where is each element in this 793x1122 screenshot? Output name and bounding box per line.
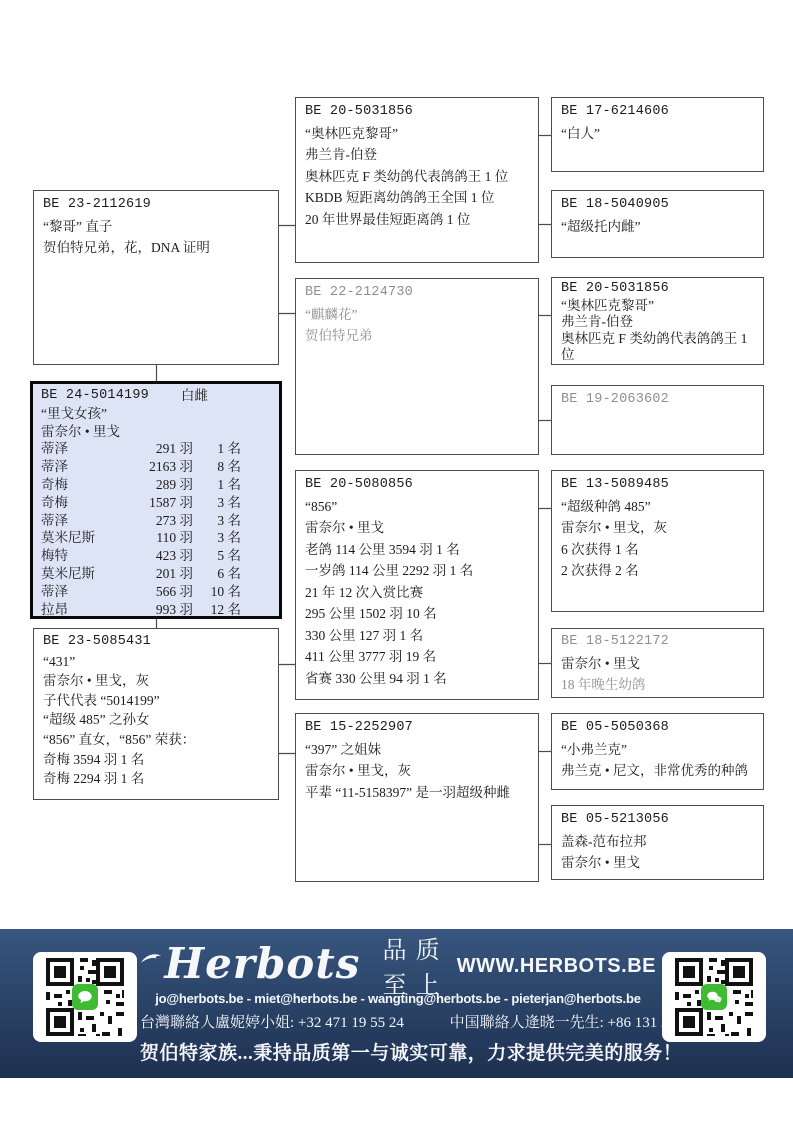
pedigree-box-great-grandparent-5: BE 13-5089485 “超级种鸽 485” 雷奈尔 • 里戈，灰 6 次获… [551, 470, 764, 612]
pedigree-line: 雷奈尔 • 里戈 [561, 852, 754, 874]
ring-number: BE 24-5014199 [41, 387, 149, 405]
ring-number: BE 05-5213056 [561, 809, 754, 831]
taiwan-contact: 台灣聯絡人盧妮婷小姐: +32 471 19 55 24 [140, 1015, 404, 1031]
race-result-row: 莫米尼斯 110 羽 3 名 [41, 529, 271, 547]
contact-phones: 台灣聯絡人盧妮婷小姐: +32 471 19 55 24 中国聯絡人逄晓一先生:… [140, 1011, 656, 1032]
pedigree-line: 18 年晚生幼鸽 [561, 674, 754, 696]
pedigree-line: “431” [43, 652, 269, 672]
wechat-qr-code [662, 952, 766, 1042]
pedigree-line: 330 公里 127 羽 1 名 [305, 625, 529, 647]
race-rank: 1 名 [193, 476, 241, 494]
pedigree-line: “超级 485” 之孙女 [43, 710, 269, 730]
brand-tagline: 品质至上 [380, 930, 450, 1000]
pedigree-line: 295 公里 1502 羽 10 名 [305, 603, 529, 625]
race-name: 梅特 [41, 547, 121, 565]
pedigree-line: “超级托内雌” [561, 216, 754, 238]
pedigree-line: 贺伯特兄弟，花，DNA 证明 [43, 237, 269, 259]
footer: Herbots 品质至上 WWW.HERBOTS.BE jo@herbots.b… [0, 929, 793, 1078]
pedigree-box-dam: BE 23-5085431 “431” 雷奈尔 • 里戈，灰 子代代表 “501… [33, 628, 279, 800]
pedigree-box-dam-sire: BE 20-5080856 “856” 雷奈尔 • 里戈 老鸽 114 公里 3… [295, 470, 539, 700]
race-name: 蒂泽 [41, 512, 121, 530]
race-rank: 8 名 [193, 458, 241, 476]
race-name: 拉昂 [41, 601, 121, 619]
pedigree-line: “白人” [561, 123, 754, 145]
sex-label: 白雌 [181, 387, 208, 405]
pedigree-line: 411 公里 3777 羽 19 名 [305, 646, 529, 668]
ring-number: BE 20-5080856 [305, 474, 529, 496]
race-result-row: 奇梅 1587 羽 3 名 [41, 494, 271, 512]
pedigree-line: 奇梅 3594 羽 1 名 [43, 750, 269, 770]
pedigree-box-great-grandparent-8: BE 05-5213056 盖森-范布拉邦 雷奈尔 • 里戈 [551, 805, 764, 880]
pedigree-line: “奥林匹克黎哥” [305, 123, 529, 145]
wechat-icon [701, 984, 727, 1010]
race-count: 1587 羽 [121, 494, 193, 512]
pedigree-box-great-grandparent-4: BE 19-2063602 [551, 385, 764, 455]
pedigree-line: “397” 之姐妹 [305, 739, 529, 761]
ring-number: BE 05-5050368 [561, 717, 754, 739]
pedigree-line: 一岁鸽 114 公里 2292 羽 1 名 [305, 560, 529, 582]
race-result-row: 莫米尼斯 201 羽 6 名 [41, 565, 271, 583]
pedigree-line: 省赛 330 公里 94 羽 1 名 [305, 668, 529, 690]
race-count: 423 羽 [121, 547, 193, 565]
line-qr-code [33, 952, 137, 1042]
pedigree-line: 奥林匹克 F 类幼鸽代表鸽鸽王 1 位 [561, 331, 754, 364]
race-result-row: 蒂泽 291 羽 1 名 [41, 440, 271, 458]
ring-number: BE 17-6214606 [561, 101, 754, 123]
race-rank: 5 名 [193, 547, 241, 565]
ring-number: BE 22-2124730 [305, 282, 529, 304]
footer-center: Herbots 品质至上 WWW.HERBOTS.BE jo@herbots.b… [140, 937, 656, 1065]
race-rank: 3 名 [193, 512, 241, 530]
pedigree-line: 20 年世界最佳短距离鸽 1 位 [305, 209, 529, 231]
ring-number: BE 20-5031856 [305, 101, 529, 123]
pedigree-page: BE 23-2112619 “黎哥” 直子 贺伯特兄弟，花，DNA 证明 BE … [0, 0, 793, 1122]
race-rank: 3 名 [193, 529, 241, 547]
ring-number: BE 23-5085431 [43, 632, 269, 652]
race-count: 110 羽 [121, 529, 193, 547]
race-name: 蒂泽 [41, 440, 121, 458]
ring-number: BE 18-5040905 [561, 194, 754, 216]
race-result-row: 蒂泽 2163 羽 8 名 [41, 458, 271, 476]
pedigree-line: “856” [305, 496, 529, 518]
pedigree-line: “超级种鸽 485” [561, 496, 754, 518]
contact-emails: jo@herbots.be - miet@herbots.be - wangti… [140, 991, 656, 1006]
ring-number: BE 19-2063602 [561, 389, 754, 411]
line-icon [72, 984, 98, 1010]
pedigree-box-great-grandparent-1: BE 17-6214606 “白人” [551, 97, 764, 172]
race-name: 奇梅 [41, 476, 121, 494]
race-result-row: 拉昂 993 羽 12 名 [41, 601, 271, 619]
race-rank: 6 名 [193, 565, 241, 583]
race-count: 273 羽 [121, 512, 193, 530]
pedigree-line: 弗兰克 • 尼文，非常优秀的种鸽 [561, 760, 754, 782]
pedigree-line: 雷奈尔 • 里戈 [305, 517, 529, 539]
footer-slogan: 贺伯特家族...秉持品质第一与诚实可靠，力求提供完美的服务！ [140, 1038, 656, 1065]
race-name: 蒂泽 [41, 458, 121, 476]
pedigree-line: 奇梅 2294 羽 1 名 [43, 769, 269, 789]
pedigree-line: 子代代表 “5014199” [43, 691, 269, 711]
race-count: 201 羽 [121, 565, 193, 583]
pedigree-line: 雷奈尔 • 里戈，灰 [43, 671, 269, 691]
race-rank: 12 名 [193, 601, 241, 619]
pedigree-box-sire-dam: BE 22-2124730 “麒麟花” 贺伯特兄弟 [295, 278, 539, 455]
subject-header: BE 24-5014199 白雌 [41, 387, 271, 405]
pedigree-line: 弗兰肯-伯登 [305, 144, 529, 166]
pedigree-box-great-grandparent-2: BE 18-5040905 “超级托内雌” [551, 190, 764, 258]
brand-logo: Herbots [164, 939, 360, 988]
race-count: 2163 羽 [121, 458, 193, 476]
pedigree-box-sire-sire: BE 20-5031856 “奥林匹克黎哥” 弗兰肯-伯登 奥林匹克 F 类幼鸽… [295, 97, 539, 263]
pedigree-line: 弗兰肯-伯登 [561, 314, 754, 331]
race-count: 291 羽 [121, 440, 193, 458]
pedigree-line: 盖森-范布拉邦 [561, 831, 754, 853]
pedigree-line: “小弗兰克” [561, 739, 754, 761]
pedigree-line: KBDB 短距离幼鸽鸽王全国 1 位 [305, 187, 529, 209]
race-result-row: 蒂泽 273 羽 3 名 [41, 512, 271, 530]
ring-number: BE 23-2112619 [43, 194, 269, 216]
race-name: 莫米尼斯 [41, 565, 121, 583]
pedigree-box-dam-dam: BE 15-2252907 “397” 之姐妹 雷奈尔 • 里戈，灰 平辈 “1… [295, 713, 539, 882]
race-count: 566 羽 [121, 583, 193, 601]
pedigree-line: 2 次获得 2 名 [561, 560, 754, 582]
feather-swoosh-icon [140, 945, 162, 973]
race-rank: 1 名 [193, 440, 241, 458]
race-name: 蒂泽 [41, 583, 121, 601]
race-name: 奇梅 [41, 494, 121, 512]
pedigree-line: 奥林匹克 F 类幼鸽代表鸽鸽王 1 位 [305, 166, 529, 188]
ring-number: BE 15-2252907 [305, 717, 529, 739]
pedigree-box-sire: BE 23-2112619 “黎哥” 直子 贺伯特兄弟，花，DNA 证明 [33, 190, 279, 365]
race-rank: 3 名 [193, 494, 241, 512]
pedigree-line: 雷奈尔 • 里戈，灰 [305, 760, 529, 782]
pedigree-line: “黎哥” 直子 [43, 216, 269, 238]
pedigree-line: “奥林匹克黎哥” [561, 298, 754, 315]
pedigree-line: 雷奈尔 • 里戈，灰 [561, 517, 754, 539]
pedigree-line: 雷奈尔 • 里戈 [561, 653, 754, 675]
pedigree-line: 6 次获得 1 名 [561, 539, 754, 561]
race-result-row: 梅特 423 羽 5 名 [41, 547, 271, 565]
race-count: 289 羽 [121, 476, 193, 494]
race-rank: 10 名 [193, 583, 241, 601]
pedigree-box-great-grandparent-7: BE 05-5050368 “小弗兰克” 弗兰克 • 尼文，非常优秀的种鸽 [551, 713, 764, 790]
race-count: 993 羽 [121, 601, 193, 619]
pedigree-box-great-grandparent-6: BE 18-5122172 雷奈尔 • 里戈 18 年晚生幼鸽 [551, 628, 764, 698]
fancier-name: 雷奈尔 • 里戈 [41, 423, 271, 441]
brand-row: Herbots 品质至上 WWW.HERBOTS.BE [140, 937, 656, 989]
pedigree-line: 平辈 “11-5158397” 是一羽超级种雌 [305, 782, 529, 804]
pigeon-name: “里戈女孩” [41, 405, 271, 423]
race-name: 莫米尼斯 [41, 529, 121, 547]
pedigree-line: “麒麟花” [305, 304, 529, 326]
ring-number: BE 18-5122172 [561, 631, 754, 653]
race-result-row: 蒂泽 566 羽 10 名 [41, 583, 271, 601]
pedigree-box-great-grandparent-3: BE 20-5031856 “奥林匹克黎哥” 弗兰肯-伯登 奥林匹克 F 类幼鸽… [551, 277, 764, 365]
pedigree-box-subject: BE 24-5014199 白雌 “里戈女孩” 雷奈尔 • 里戈 蒂泽 291 … [30, 381, 282, 619]
pedigree-line: 贺伯特兄弟 [305, 325, 529, 347]
pedigree-line: 老鸽 114 公里 3594 羽 1 名 [305, 539, 529, 561]
race-result-row: 奇梅 289 羽 1 名 [41, 476, 271, 494]
pedigree-line: “856” 直女，“856” 荣获： [43, 730, 269, 750]
ring-number: BE 13-5089485 [561, 474, 754, 496]
ring-number: BE 20-5031856 [561, 281, 754, 298]
pedigree-line: 21 年 12 次入赏比赛 [305, 582, 529, 604]
website-text: WWW.HERBOTS.BE [457, 955, 656, 978]
